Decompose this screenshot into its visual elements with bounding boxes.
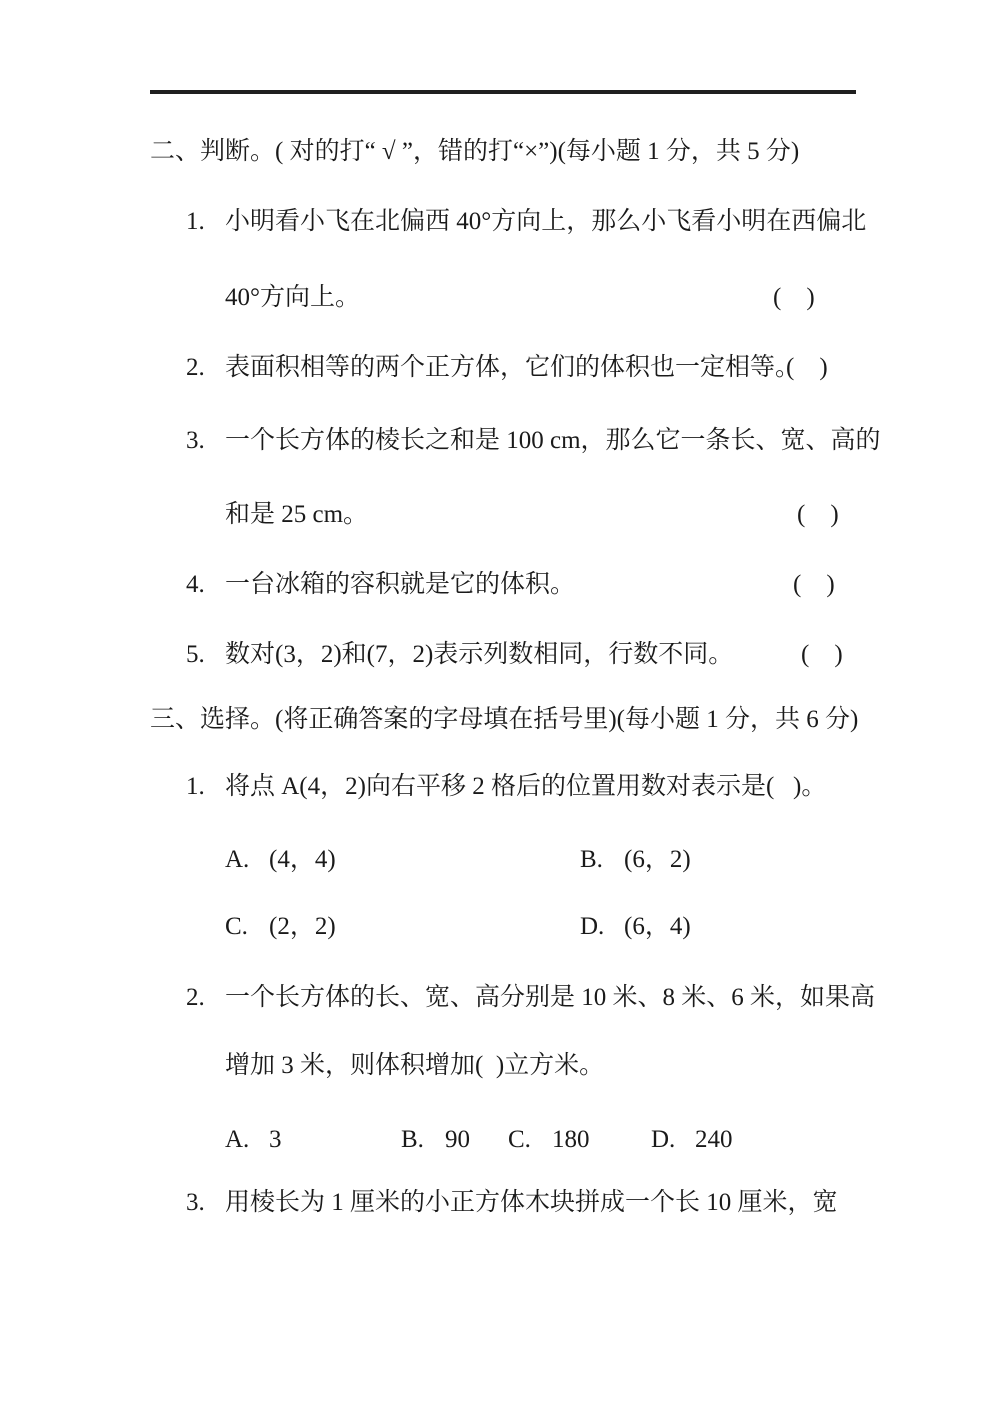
question-number: 3. xyxy=(186,1187,205,1219)
option-value: 180 xyxy=(552,1124,590,1156)
answer-bracket: ( ) xyxy=(797,499,839,531)
choice-q2-line2: 增加 3 米，则体积增加( )立方米。 xyxy=(0,1050,1000,1082)
question-number: 3. xyxy=(186,425,205,457)
judge-q1-line2: 40°方向上。 ( ) xyxy=(0,282,1000,314)
question-text: 一个长方体的长、宽、高分别是 10 米、8 米、6 米，如果高 xyxy=(225,982,875,1014)
option-a: A.(4，4) xyxy=(225,844,336,876)
question-text: 表面积相等的两个正方体，它们的体积也一定相等。 xyxy=(225,352,800,384)
option-value: (2，2) xyxy=(269,911,336,943)
option-label: B. xyxy=(401,1124,445,1156)
option-label: B. xyxy=(580,844,624,876)
option-label: C. xyxy=(225,911,269,943)
answer-bracket: ( ) xyxy=(773,282,815,314)
option-b: B.90 xyxy=(401,1124,470,1156)
option-c: C.180 xyxy=(508,1124,590,1156)
choice-q1-options-row-2: C.(2，2) D.(6，4) xyxy=(0,911,1000,943)
choice-q1-line1: 1. 将点 A(4，2)向右平移 2 格后的位置用数对表示是( )。 xyxy=(0,771,1000,803)
answer-bracket: ( ) xyxy=(786,352,828,384)
option-label: D. xyxy=(651,1124,695,1156)
question-text: 将点 A(4，2)向右平移 2 格后的位置用数对表示是( )。 xyxy=(225,771,826,803)
option-value: (6，4) xyxy=(624,911,691,943)
choice-q2-options-row: A.3 B.90 C.180 D.240 xyxy=(0,1124,1000,1156)
section-judge-heading-row: 二、判断。( 对的打“ √ ”，错的打“×”)(每小题 1 分，共 5 分) xyxy=(0,136,1000,168)
judge-q5-line1: 5. 数对(3，2)和(7，2)表示列数相同，行数不同。 ( ) xyxy=(0,639,1000,671)
option-c: C.(2，2) xyxy=(225,911,336,943)
choice-q3-line1: 3. 用棱长为 1 厘米的小正方体木块拼成一个长 10 厘米，宽 xyxy=(0,1187,1000,1219)
question-number: 1. xyxy=(186,206,205,238)
option-label: D. xyxy=(580,911,624,943)
question-text: 增加 3 米，则体积增加( )立方米。 xyxy=(225,1050,604,1082)
option-value: 3 xyxy=(269,1124,282,1156)
section-choice-heading-row: 三、选择。(将正确答案的字母填在括号里)(每小题 1 分，共 6 分) xyxy=(0,704,1000,736)
option-value: 240 xyxy=(695,1124,733,1156)
option-value: (6，2) xyxy=(624,844,691,876)
judge-q2-line1: 2. 表面积相等的两个正方体，它们的体积也一定相等。 ( ) xyxy=(0,352,1000,384)
choice-q2-line1: 2. 一个长方体的长、宽、高分别是 10 米、8 米、6 米，如果高 xyxy=(0,982,1000,1014)
question-text: 小明看小飞在北偏西 40°方向上，那么小飞看小明在西偏北 xyxy=(225,206,866,238)
question-text: 和是 25 cm。 xyxy=(225,499,368,531)
question-text: 用棱长为 1 厘米的小正方体木块拼成一个长 10 厘米，宽 xyxy=(225,1187,838,1219)
judge-q1-line1: 1. 小明看小飞在北偏西 40°方向上，那么小飞看小明在西偏北 xyxy=(0,206,1000,238)
question-text: 40°方向上。 xyxy=(225,282,360,314)
section-choice-heading: 三、选择。(将正确答案的字母填在括号里)(每小题 1 分，共 6 分) xyxy=(150,704,858,736)
answer-bracket: ( ) xyxy=(793,569,835,601)
question-text: 数对(3，2)和(7，2)表示列数相同，行数不同。 xyxy=(225,639,733,671)
question-number: 2. xyxy=(186,352,205,384)
question-text: 一个长方体的棱长之和是 100 cm，那么它一条长、宽、高的 xyxy=(225,425,881,457)
option-label: C. xyxy=(508,1124,552,1156)
option-b: B.(6，2) xyxy=(580,844,691,876)
option-d: D.240 xyxy=(651,1124,733,1156)
question-number: 2. xyxy=(186,982,205,1014)
answer-bracket: ( ) xyxy=(801,639,843,671)
question-number: 4. xyxy=(186,569,205,601)
question-number: 5. xyxy=(186,639,205,671)
option-label: A. xyxy=(225,1124,269,1156)
option-a: A.3 xyxy=(225,1124,282,1156)
choice-q1-options-row-1: A.(4，4) B.(6，2) xyxy=(0,844,1000,876)
section-judge-heading: 二、判断。( 对的打“ √ ”，错的打“×”)(每小题 1 分，共 5 分) xyxy=(150,136,799,168)
option-d: D.(6，4) xyxy=(580,911,691,943)
header-rule-line xyxy=(150,90,856,94)
option-value: 90 xyxy=(445,1124,470,1156)
option-label: A. xyxy=(225,844,269,876)
exam-page: 二、判断。( 对的打“ √ ”，错的打“×”)(每小题 1 分，共 5 分) 1… xyxy=(0,0,1000,1415)
judge-q4-line1: 4. 一台冰箱的容积就是它的体积。 ( ) xyxy=(0,569,1000,601)
option-value: (4，4) xyxy=(269,844,336,876)
question-number: 1. xyxy=(186,771,205,803)
judge-q3-line2: 和是 25 cm。 ( ) xyxy=(0,499,1000,531)
question-text: 一台冰箱的容积就是它的体积。 xyxy=(225,569,575,601)
judge-q3-line1: 3. 一个长方体的棱长之和是 100 cm，那么它一条长、宽、高的 xyxy=(0,425,1000,457)
